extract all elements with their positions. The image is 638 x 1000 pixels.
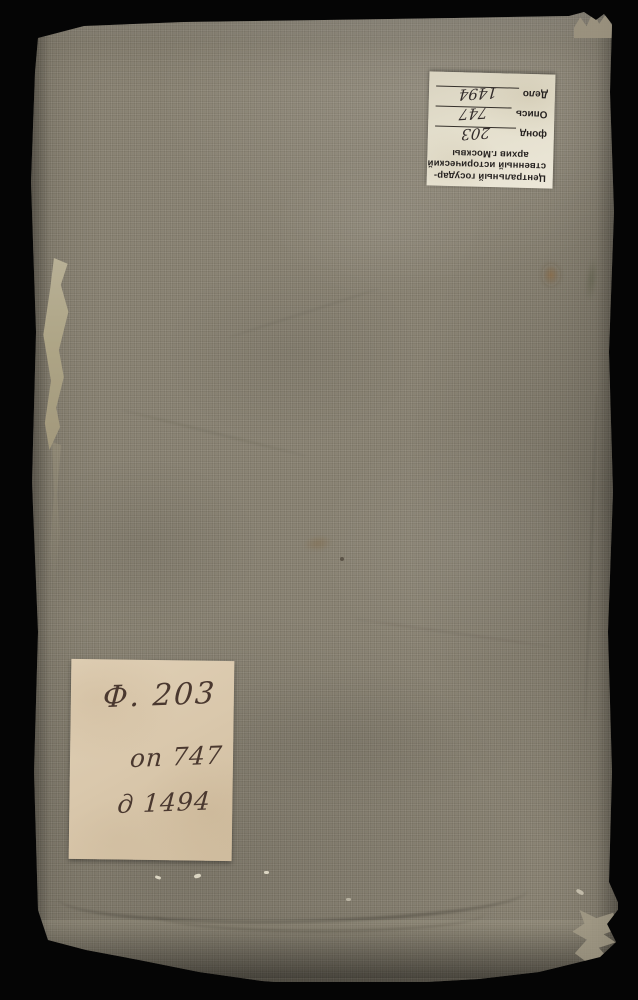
opis-field-label: Опись <box>512 108 548 120</box>
opis-field: Опись 747 <box>435 106 547 128</box>
archive-name-line1: Центральный государ- <box>434 169 546 183</box>
torn-paper-strip <box>38 258 76 450</box>
opis-number-handwritten: оп 747 <box>129 741 224 774</box>
paint-speck <box>346 898 351 901</box>
book-cover: Центральный государ- ственный историческ… <box>24 12 618 982</box>
fond-field-line: 203 <box>435 126 516 144</box>
torn-paper-strip-tail <box>46 442 66 592</box>
archive-stamp-label: Центральный государ- ственный историческ… <box>427 71 556 188</box>
paint-speck <box>264 871 269 874</box>
fabric-crease <box>122 409 307 457</box>
file-number-label: Ф. 203 оп 747 д 1494 <box>69 659 235 861</box>
stain <box>583 256 600 303</box>
paint-speck <box>194 873 202 879</box>
opis-field-line: 747 <box>435 106 512 124</box>
paint-speck <box>576 888 585 895</box>
fabric-crease <box>584 392 598 722</box>
frayed-corner-top-right <box>574 12 616 38</box>
fond-field-value: 203 <box>461 125 491 142</box>
delo-number-handwritten: д 1494 <box>116 786 211 819</box>
photo-frame: Центральный государ- ственный историческ… <box>0 0 638 1000</box>
fond-field-label: фонд <box>516 128 547 140</box>
delo-field: Дело 1494 <box>436 86 548 108</box>
fond-number-handwritten: Ф. 203 <box>102 676 217 715</box>
paint-speck <box>155 875 162 880</box>
opis-field-value: 747 <box>459 105 489 122</box>
fond-field: фонд 203 <box>435 126 547 148</box>
stain <box>302 534 334 553</box>
fabric-crease <box>355 618 553 648</box>
fabric-crease <box>228 287 381 338</box>
delo-field-value: 1494 <box>458 85 497 102</box>
delo-field-label: Дело <box>519 88 548 100</box>
left-edge-highlight <box>26 302 30 552</box>
stain <box>542 264 560 286</box>
stain <box>340 557 344 561</box>
delo-field-line: 1494 <box>436 86 519 104</box>
bottom-cloth-flap <box>36 920 591 978</box>
